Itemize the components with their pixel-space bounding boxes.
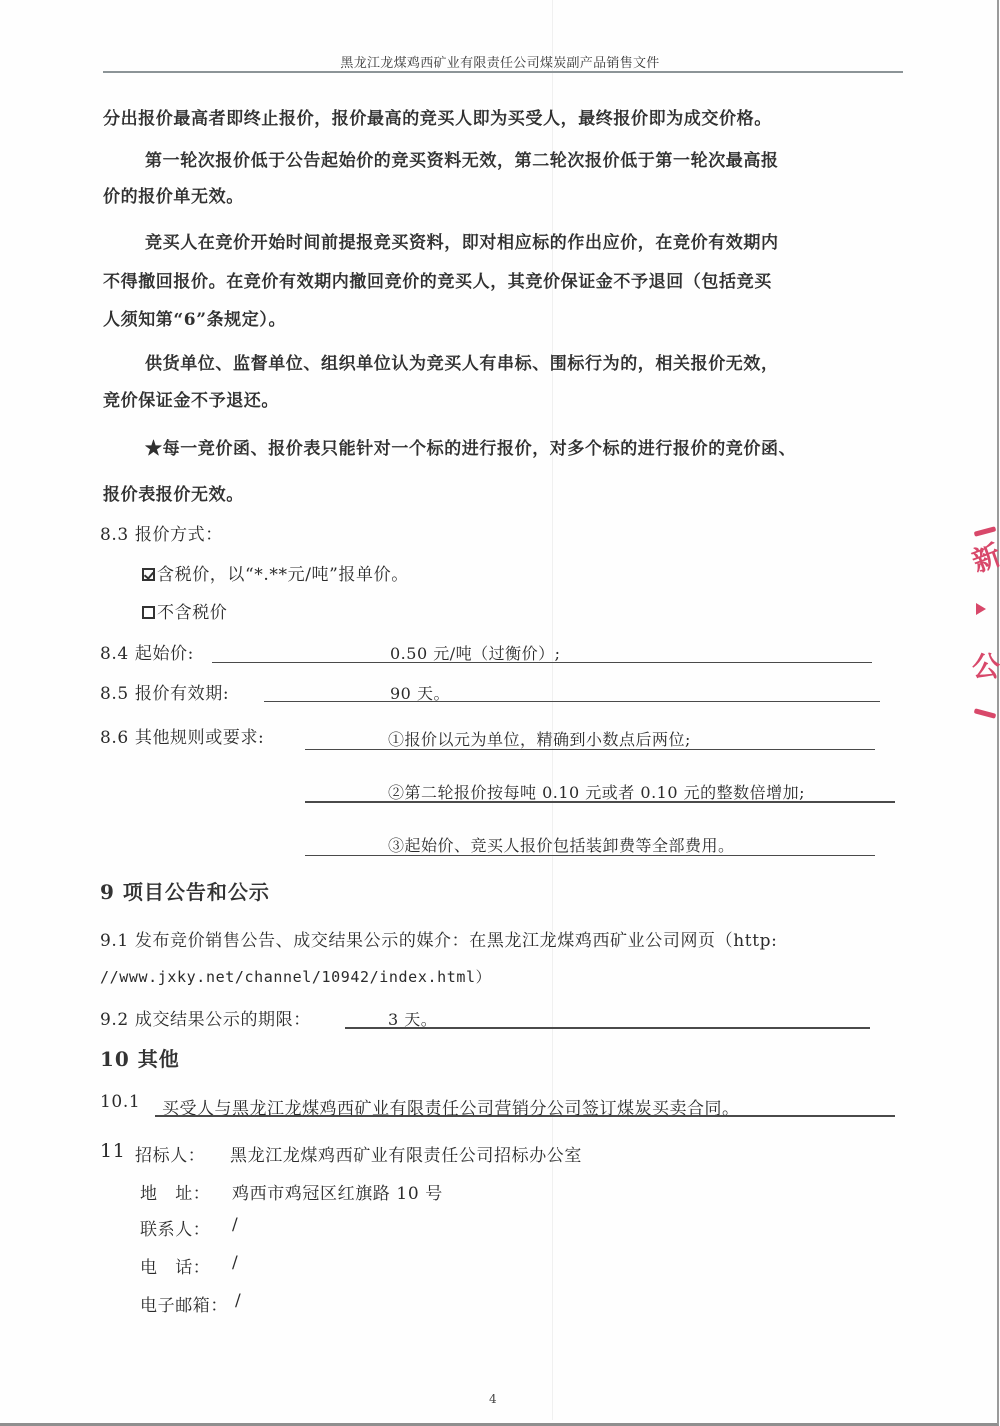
email-value: /: [235, 1291, 241, 1311]
section-10-1-num: 10.1: [100, 1092, 140, 1112]
paragraph-line: 竞买人在竞价开始时间前提报竞买资料，即对相应标的作出应价，在竞价有效期内: [145, 228, 779, 253]
section-8-3-label: 8.3 报价方式：: [100, 520, 223, 545]
field-underline: [345, 1027, 870, 1029]
page-number: 4: [489, 1392, 497, 1406]
section-9-2-label: 9.2 成交结果公示的期限：: [100, 1005, 311, 1030]
company-seal-stamp: 新 公: [960, 515, 1000, 730]
paragraph-line: ★每一竞价函、报价表只能针对一个标的进行报价，对多个标的进行报价的竞价函、: [145, 434, 796, 459]
section-9-1-line: 9.1 发布竞价销售公告、成交结果公示的媒介：在黑龙江龙煤鸡西矿业公司网页（ht…: [100, 926, 777, 951]
option-label: 不含税价: [157, 603, 227, 623]
rule-item: ①报价以元为单位，精确到小数点后两位;: [388, 727, 691, 750]
address-label: 地 址：: [140, 1179, 210, 1204]
section-9-1-url[interactable]: //www.jxky.net/channel/10942/index.html）: [100, 966, 491, 987]
field-underline: [305, 855, 875, 856]
starting-price-value: 0.50 元/吨（过衡价）;: [390, 641, 561, 664]
phone-label: 电 话：: [140, 1253, 210, 1278]
option-label: 含税价，以“*.**元/吨”报单价。: [157, 565, 409, 585]
tenderer-value: 黑龙江龙煤鸡西矿业有限责任公司招标办公室: [230, 1141, 582, 1166]
paragraph-line: 第一轮次报价低于公告起始价的竞买资料无效，第二轮次报价低于第一轮次最高报: [145, 146, 779, 171]
header-rule: [103, 71, 903, 73]
contact-value: /: [232, 1215, 238, 1235]
section-11-num: 11: [100, 1140, 125, 1162]
section-10-heading: 10 其他: [100, 1043, 180, 1072]
seal-arc: [974, 708, 997, 719]
seal-mark: [976, 603, 986, 615]
document-page: 黑龙江龙煤鸡西矿业有限责任公司煤炭副产品销售文件 分出报价最高者即终止报价，报价…: [0, 0, 999, 1426]
running-header: 黑龙江龙煤鸡西矿业有限责任公司煤炭副产品销售文件: [0, 52, 1000, 71]
option-tax-included: 含税价，以“*.**元/吨”报单价。: [142, 560, 409, 585]
section-8-5-label: 8.5 报价有效期:: [100, 679, 229, 704]
field-underline: [305, 801, 895, 803]
paragraph-line: 不得撤回报价。在竞价有效期内撤回竞价的竞买人，其竞价保证金不予退回（包括竞买: [103, 267, 772, 292]
checkbox-unchecked-icon: [142, 606, 155, 619]
address-value: 鸡西市鸡冠区红旗路 10 号: [232, 1179, 443, 1204]
field-underline: [155, 1115, 895, 1117]
field-underline: [264, 701, 880, 702]
contact-label: 联系人：: [140, 1215, 210, 1240]
rule-item: ③起始价、竞买人报价包括装卸费等全部费用。: [388, 833, 735, 856]
page-fold-line: [552, 0, 553, 1420]
paragraph-line: 分出报价最高者即终止报价，报价最高的竞买人即为买受人，最终报价即为成交价格。: [103, 104, 772, 129]
phone-value: /: [232, 1253, 238, 1273]
paragraph-line: 价的报价单无效。: [103, 182, 244, 207]
section-9-heading: 9 项目公告和公示: [100, 876, 270, 905]
paragraph-line: 竞价保证金不予退还。: [103, 386, 279, 411]
field-underline: [212, 662, 872, 663]
paragraph-line: 人须知第“6”条规定）。: [103, 305, 286, 330]
paragraph-line: 报价表报价无效。: [103, 480, 244, 505]
rule-item: ②第二轮报价按每吨 0.10 元或者 0.10 元的整数倍增加;: [388, 780, 805, 803]
seal-char: 新: [966, 533, 1000, 580]
paragraph-line: 供货单位、监督单位、组织单位认为竞买人有串标、围标行为的，相关报价无效，: [145, 349, 779, 374]
option-tax-excluded: 不含税价: [142, 598, 227, 623]
field-underline: [305, 749, 875, 750]
section-8-6-label: 8.6 其他规则或要求:: [100, 723, 264, 748]
section-8-4-label: 8.4 起始价:: [100, 639, 194, 664]
checkbox-checked-icon: [142, 568, 155, 581]
email-label: 电子邮箱：: [140, 1291, 228, 1316]
tenderer-label: 招标人：: [135, 1141, 205, 1166]
seal-char: 公: [972, 645, 1000, 685]
